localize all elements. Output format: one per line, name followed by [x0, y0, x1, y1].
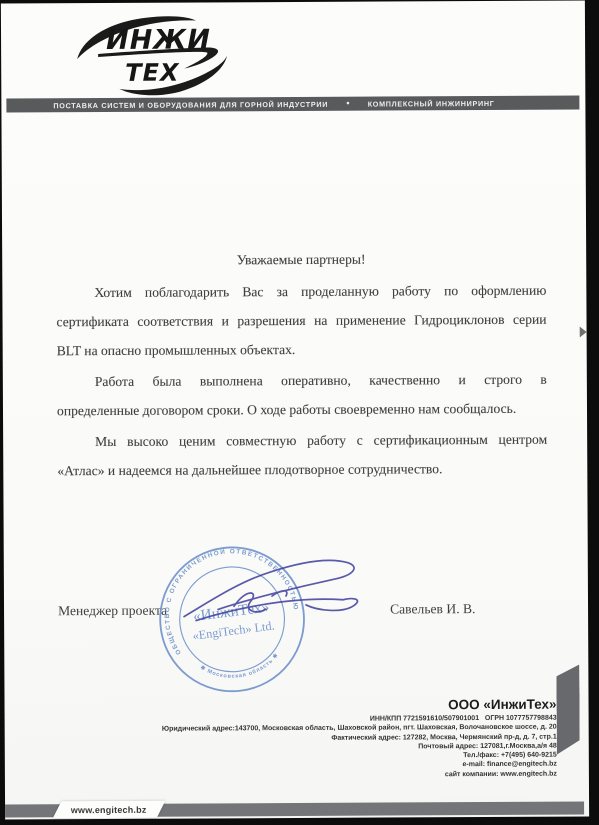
letter-paragraph-3: Мы высоко ценим совместную работу с серт…	[57, 425, 547, 486]
letter-salutation: Уважаемые партнеры!	[56, 244, 546, 276]
letter-paragraph-1: Хотим поблагодарить Вас за проделанную р…	[56, 276, 546, 366]
scan-arrow-mark	[580, 326, 587, 337]
paragraph-line: BLT на опасно промышленных объектах.	[57, 334, 547, 366]
paragraph-line: Работа была выполнена оперативно, качест…	[57, 365, 547, 397]
footer-company-name: ООО «ИнжиТех»	[162, 697, 557, 714]
footer-ribbon-decoration	[556, 665, 579, 755]
letterhead-page: ИНЖИ ТЕХ ПОСТАВКА СИСТЕМ И ОБОРУДОВАНИЯ …	[1, 0, 589, 819]
tagline-left: ПОСТАВКА СИСТЕМ И ОБОРУДОВАНИЯ ДЛЯ ГОРНО…	[53, 99, 328, 109]
letter-body: Уважаемые партнеры! Хотим поблагодарить …	[56, 244, 547, 488]
paragraph-line: «Атлас» и надеемся на дальнейшее плодотв…	[57, 454, 547, 486]
paragraph-line: определенные договором сроки. О ходе раб…	[57, 394, 547, 426]
paragraph-line: Мы высоко ценим совместную работу с серт…	[57, 425, 547, 457]
scanned-letter-photo: ИНЖИ ТЕХ ПОСТАВКА СИСТЕМ И ОБОРУДОВАНИЯ …	[0, 0, 599, 825]
tagline-right: КОМПЛЕКСНЫЙ ИНЖИНИРИНГ	[368, 98, 495, 108]
paragraph-line: сертификата соответствия и разрешения на…	[56, 305, 546, 337]
bottom-bar: www.engitech.bz	[5, 801, 584, 817]
paragraph-line: Хотим поблагодарить Вас за проделанную р…	[56, 276, 546, 308]
website-tab: www.engitech.bz	[53, 801, 165, 819]
handwritten-signature	[176, 552, 371, 645]
company-logo: ИНЖИ ТЕХ	[49, 10, 249, 101]
footer-requisites: ООО «ИнжиТех» ИНН/КПП 7721591610/5079010…	[162, 697, 557, 781]
footer-detail-line: сайт компании: www.engitech.bz	[162, 769, 557, 780]
tagline-bullet-icon: ●	[346, 101, 350, 107]
signature-role: Менеджер проекта	[58, 603, 167, 620]
logo-text-top: ИНЖИ	[106, 24, 211, 56]
signature-name: Савельев И. В.	[390, 601, 475, 617]
letter-paragraph-2: Работа была выполнена оперативно, качест…	[57, 365, 547, 426]
website-label: www.engitech.bz	[71, 804, 147, 814]
logo-text-bottom: ТЕХ	[125, 59, 180, 87]
header-tagline-bar: ПОСТАВКА СИСТЕМ И ОБОРУДОВАНИЯ ДЛЯ ГОРНО…	[6, 96, 579, 113]
